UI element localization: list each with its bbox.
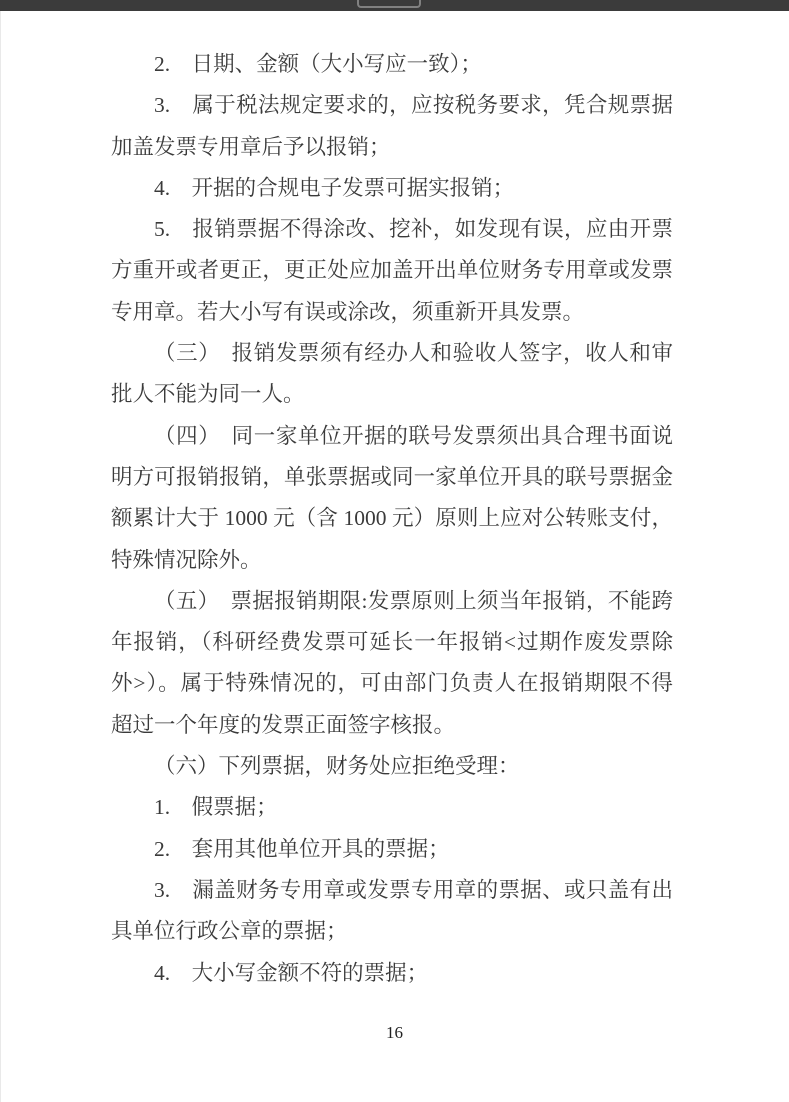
pdf-toolbar bbox=[0, 0, 789, 11]
page-number-input[interactable] bbox=[357, 0, 421, 8]
document-line: 4. 开据的合规电子发票可据实报销； bbox=[111, 168, 673, 209]
document-line: 批人不能为同一人。 bbox=[111, 374, 673, 415]
document-line: 年报销，（科研经费发票可延长一年报销<过期作废发票除 bbox=[111, 622, 673, 663]
document-line: 外>）。属于特殊情况的，可由部门负责人在报销期限不得 bbox=[111, 663, 673, 704]
document-line: 超过一个年度的发票正面签字核报。 bbox=[111, 705, 673, 746]
document-line: （四） 同一家单位开据的联号发票须出具合理书面说 bbox=[111, 416, 673, 457]
document-line: 特殊情况除外。 bbox=[111, 540, 673, 581]
document-text: 2. 日期、金额（大小写应一致）； 3. 属于税法规定要求的，应按税务要求，凭合… bbox=[111, 44, 673, 994]
document-page: 2. 日期、金额（大小写应一致）； 3. 属于税法规定要求的，应按税务要求，凭合… bbox=[0, 11, 788, 1102]
document-line: 4. 大小写金额不符的票据； bbox=[111, 953, 673, 994]
document-line: 2. 日期、金额（大小写应一致）； bbox=[111, 44, 673, 85]
document-line: 3. 漏盖财务专用章或发票专用章的票据、或只盖有出 bbox=[111, 870, 673, 911]
document-line: 具单位行政公章的票据； bbox=[111, 911, 673, 952]
document-line: 方重开或者更正，更正处应加盖开出单位财务专用章或发票 bbox=[111, 250, 673, 291]
document-line: 专用章。若大小写有误或涂改，须重新开具发票。 bbox=[111, 292, 673, 333]
document-line: （六）下列票据，财务处应拒绝受理： bbox=[111, 746, 673, 787]
document-line: 明方可报销报销，单张票据或同一家单位开具的联号票据金 bbox=[111, 457, 673, 498]
document-line: （五） 票据报销期限:发票原则上须当年报销，不能跨 bbox=[111, 581, 673, 622]
document-line: （三） 报销发票须有经办人和验收人签字，收人和审 bbox=[111, 333, 673, 374]
page-number: 16 bbox=[1, 1023, 788, 1043]
document-line: 额累计大于 1000 元（含 1000 元）原则上应对公转账支付， bbox=[111, 498, 673, 539]
document-line: 1. 假票据； bbox=[111, 787, 673, 828]
document-line: 5. 报销票据不得涂改、挖补，如发现有误，应由开票 bbox=[111, 209, 673, 250]
document-line: 2. 套用其他单位开具的票据； bbox=[111, 829, 673, 870]
viewer-screen: 2. 日期、金额（大小写应一致）； 3. 属于税法规定要求的，应按税务要求，凭合… bbox=[0, 0, 789, 1102]
document-line: 加盖发票专用章后予以报销； bbox=[111, 127, 673, 168]
document-line: 3. 属于税法规定要求的，应按税务要求，凭合规票据 bbox=[111, 85, 673, 126]
